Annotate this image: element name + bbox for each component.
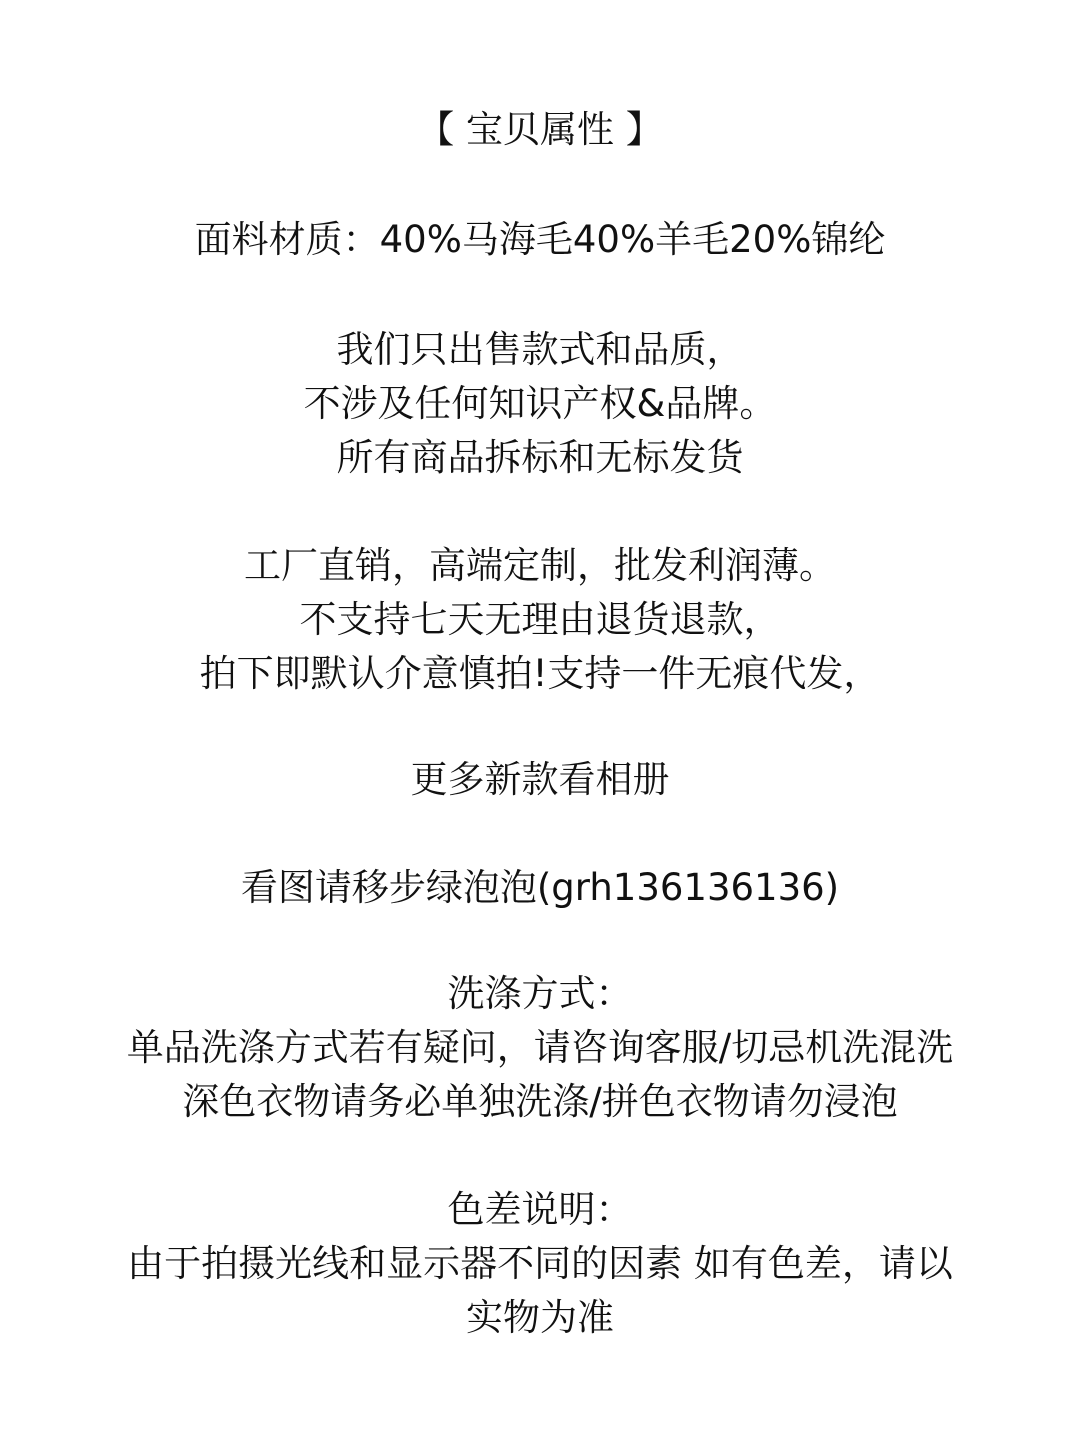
disclaimer-line-3: 所有商品拆标和无标发货 — [0, 432, 1080, 484]
disclaimer-line-2: 不涉及任何知识产权&品牌。 — [0, 378, 1080, 430]
product-attributes-page: 【 宝贝属性 】 面料材质：40%马海毛40%羊毛20%锦纶 我们只出售款式和品… — [0, 0, 1080, 1440]
more-styles-note: 更多新款看相册 — [0, 754, 1080, 806]
washing-heading: 洗涤方式： — [0, 968, 1080, 1020]
washing-line-1: 单品洗涤方式若有疑问，请咨询客服/切忌机洗混洗 — [0, 1022, 1080, 1074]
fabric-composition: 面料材质：40%马海毛40%羊毛20%锦纶 — [0, 214, 1080, 266]
policy-line-3: 拍下即默认介意慎拍!支持一件无痕代发， — [0, 648, 1080, 700]
color-note-heading: 色差说明： — [0, 1184, 1080, 1236]
contact-note: 看图请移步绿泡泡(grh136136136) — [0, 862, 1080, 914]
color-note-line-2: 实物为准 — [0, 1292, 1080, 1344]
disclaimer-line-1: 我们只出售款式和品质， — [0, 324, 1080, 376]
policy-line-1: 工厂直销，高端定制，批发利润薄。 — [0, 540, 1080, 592]
section-title: 【 宝贝属性 】 — [0, 104, 1080, 156]
color-note-line-1: 由于拍摄光线和显示器不同的因素 如有色差，请以 — [0, 1238, 1080, 1290]
policy-line-2: 不支持七天无理由退货退款， — [0, 594, 1080, 646]
washing-line-2: 深色衣物请务必单独洗涤/拼色衣物请勿浸泡 — [0, 1076, 1080, 1128]
